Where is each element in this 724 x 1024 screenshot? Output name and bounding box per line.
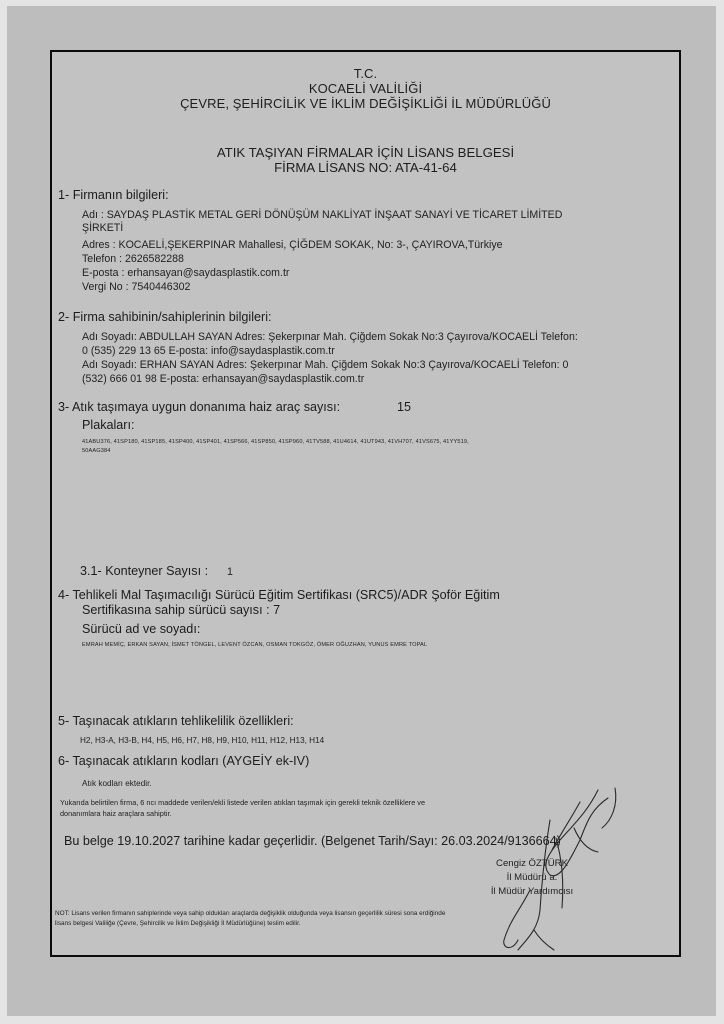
owner1-line1: Adı Soyadı: ABDULLAH SAYAN Adres: Şekerp…: [82, 331, 578, 343]
statement-line2: donanımlara haiz araçlara sahiptir.: [60, 809, 172, 818]
validity-statement: Bu belge 19.10.2027 tarihine kadar geçer…: [64, 834, 561, 848]
owner1-line2: 0 (535) 229 13 65 E-posta: info@saydaspl…: [82, 345, 335, 357]
header-directorate: ÇEVRE, ŞEHİRCİLİK VE İKLİM DEĞİŞİKLİĞİ İ…: [52, 96, 679, 111]
section2-heading: 2- Firma sahibinin/sahiplerinin bilgiler…: [58, 310, 272, 324]
plates-list-line1: 41ABU376, 41SP180, 41SP185, 41SP400, 41S…: [82, 439, 469, 445]
owner2-line2: (532) 666 01 98 E-posta: erhansayan@sayd…: [82, 373, 364, 385]
section1-heading: 1- Firmanın bilgileri:: [58, 188, 169, 202]
section6-heading: 6- Taşınacak atıkların kodları (AYGEİY e…: [58, 754, 309, 768]
hazard-codes: H2, H3-A, H3-B, H4, H5, H6, H7, H8, H9, …: [80, 736, 324, 745]
header-tc: T.C.: [52, 66, 679, 81]
section4-heading-line1: 4- Tehlikeli Mal Taşımacılığı Sürücü Eği…: [58, 588, 500, 602]
section4-heading-line2: Sertifikasına sahip sürücü sayısı : 7: [82, 603, 280, 617]
plates-label: Plakaları:: [82, 418, 135, 432]
license-number: FİRMA LİSANS NO: ATA-41-64: [52, 160, 679, 175]
company-email: E-posta : erhansayan@saydasplastik.com.t…: [82, 267, 289, 279]
company-phone: Telefon : 2626582288: [82, 253, 184, 265]
company-tax-no: Vergi No : 7540446302: [82, 281, 190, 293]
owner2-line1: Adı Soyadı: ERHAN SAYAN Adres: Şekerpına…: [82, 359, 568, 371]
container-label: 3.1- Konteyner Sayısı :: [80, 564, 208, 578]
header-governorship: KOCAELİ VALİLİĞİ: [52, 81, 679, 96]
drivers-list: EMRAH MEMİÇ, ERKAN SAYAN, İSMET TÖNGEL, …: [82, 642, 427, 648]
statement-line1: Yukarıda belirtilen firma, 6 ncı maddede…: [60, 798, 425, 807]
handwritten-signature-icon: [490, 780, 650, 960]
note-line1: NOT: Lisans verilen firmanın sahiplerind…: [55, 910, 445, 917]
company-name-line1: Adı : SAYDAŞ PLASTİK METAL GERİ DÖNÜŞÜM …: [82, 209, 562, 221]
document-title: ATIK TAŞIYAN FİRMALAR İÇİN LİSANS BELGES…: [52, 145, 679, 160]
section5-heading: 5- Taşınacak atıkların tehlikelilik özel…: [58, 714, 294, 728]
container-count: 1: [227, 566, 233, 578]
section3-heading: 3- Atık taşımaya uygun donanıma haiz ara…: [58, 400, 340, 414]
company-address: Adres : KOCAELİ,ŞEKERPINAR Mahallesi, Çİ…: [82, 239, 503, 251]
drivers-label: Sürücü ad ve soyadı:: [82, 622, 200, 636]
note-line2: lisans belgesi Valiliğe (Çevre, Şehircil…: [55, 920, 301, 927]
waste-codes-note: Atık kodları ektedir.: [82, 779, 152, 788]
plates-list-line2: 50AAG384: [82, 448, 111, 454]
vehicle-count: 15: [397, 400, 411, 414]
company-name-line2: ŞİRKETİ: [82, 222, 123, 234]
